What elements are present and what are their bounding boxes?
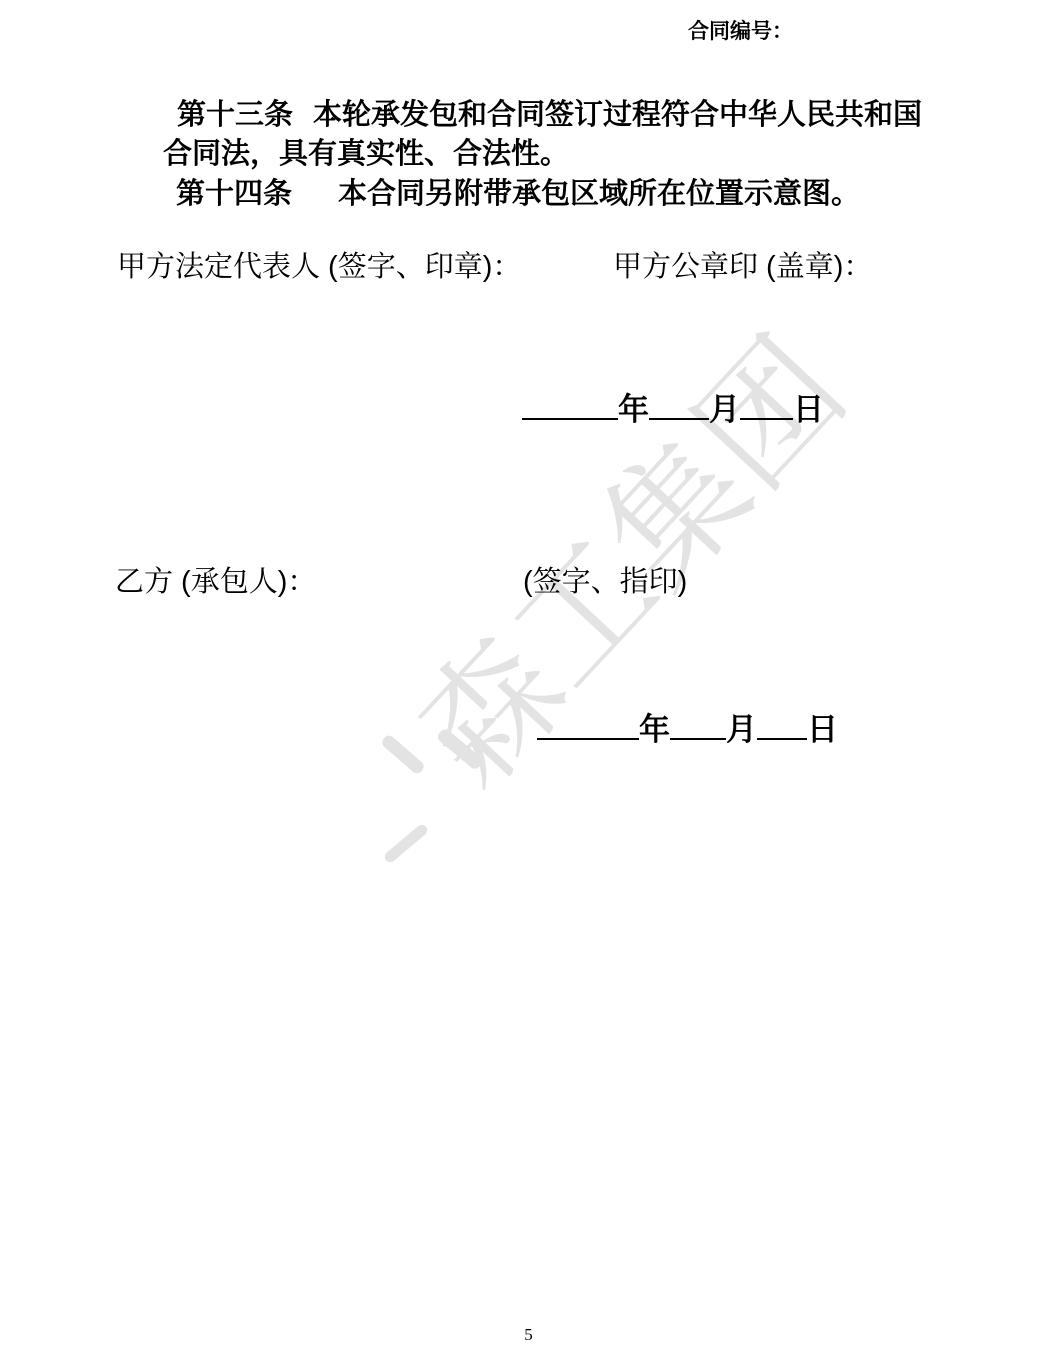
clause-13-number: 第十三条 (177, 99, 293, 131)
document-page: 森工集团 合同编号： 第十三条本轮承发包和合同签订过程符合中华人民共和国 合同法… (0, 0, 1057, 1366)
page-number: 5 (0, 1325, 1057, 1345)
contract-number-label: 合同编号： (688, 15, 793, 45)
year-blank-underline (537, 708, 639, 740)
year-label: 年 (639, 712, 670, 747)
signature-date-line-1: 年月日 (522, 388, 824, 428)
watermark-partial-stroke (383, 823, 430, 865)
day-label: 日 (793, 392, 824, 427)
year-label: 年 (618, 392, 649, 427)
clause-14-line: 第十四条本合同另附带承包区域所在位置示意图。 (176, 178, 860, 211)
clause-13-text: 本轮承发包和合同签订过程符合中华人民共和国 (313, 99, 922, 131)
month-label: 月 (726, 712, 757, 747)
clause-13-line-2: 合同法，具有真实性、合法性。 (163, 138, 569, 171)
month-blank-underline (670, 708, 726, 740)
month-blank-underline (649, 388, 709, 420)
clause-14-text: 本合同另附带承包区域所在位置示意图。 (338, 178, 860, 210)
signature-date-line-2: 年月日 (537, 708, 838, 748)
year-blank-underline (522, 388, 618, 420)
party-a-representative-label: 甲方法定代表人 (签字、印章)： (117, 250, 521, 284)
party-a-seal-label: 甲方公章印 (盖章)： (613, 250, 872, 284)
day-blank-underline (740, 388, 793, 420)
party-b-label: 乙方 (承包人)： (115, 565, 316, 599)
day-label: 日 (807, 712, 838, 747)
month-label: 月 (709, 392, 740, 427)
party-b-sign-label: (签字、指印) (523, 565, 687, 599)
clause-14-number: 第十四条 (176, 178, 292, 210)
day-blank-underline (757, 708, 807, 740)
clause-13-line-1: 第十三条本轮承发包和合同签订过程符合中华人民共和国 (177, 99, 922, 132)
